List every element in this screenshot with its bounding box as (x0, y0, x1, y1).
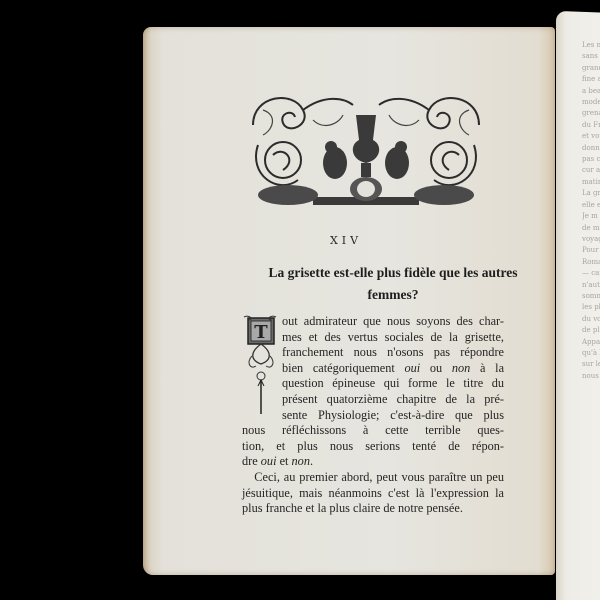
facing-page-line: Roman (582, 257, 600, 268)
paragraph-line: présent quatorzième chapitre de la pré- (242, 392, 504, 408)
facing-page-line: pas cha (582, 154, 600, 165)
paragraph-line: bien catégoriquement oui ou non à la (242, 361, 504, 377)
facing-page-line: les plus (582, 302, 600, 313)
paragraph-line: Ceci, au premier abord, peut vous paraît… (242, 470, 504, 486)
paragraph-line: dre oui et non. (242, 454, 504, 470)
facing-page-line: modern (582, 97, 600, 108)
facing-page-line: n'auter (582, 280, 600, 291)
facing-page-line: grandit n (582, 63, 600, 74)
facing-page-line: matin. (582, 177, 600, 188)
facing-page-line: donnait (582, 143, 600, 154)
paragraph-line: sente Physiologie; c'est-à-dire que plus (242, 408, 504, 424)
svg-text:T: T (254, 322, 268, 343)
paragraph-line: question épineuse qui forme le titre du (242, 376, 504, 392)
facing-page-line: La gr (582, 188, 600, 199)
paragraph-line: jésuitique, mais néanmoins c'est là l'ex… (242, 486, 504, 502)
facing-page-line: a bea (582, 86, 600, 97)
facing-page-line: de mie (582, 223, 600, 234)
facing-page-line: qu'à la (582, 348, 600, 359)
facing-page-line: elle est (582, 200, 600, 211)
ornamental-vignette-illustration (243, 85, 489, 211)
facing-page-text: Les msans chagrandit nfine aba beamodern… (582, 40, 600, 382)
facing-page-line: du voi (582, 314, 600, 325)
facing-page-line: somme g (582, 291, 600, 302)
chapter-number: XIV (0, 234, 600, 247)
chapter-title: La grisette est-elle plus fidèle que les… (252, 262, 534, 306)
facing-page-line: grenadie (582, 108, 600, 119)
paragraph-line: tion, et plus nous serions tenté de répo… (242, 439, 504, 455)
facing-page-line: Appar (582, 337, 600, 348)
facing-page-line: sans cha (582, 51, 600, 62)
paragraph-line: plus franche et la plus claire de notre … (242, 501, 504, 517)
facing-page-line: fine ab (582, 74, 600, 85)
illuminated-dropcap-icon: T (242, 314, 278, 418)
facing-page-line: — car (582, 268, 600, 279)
facing-page-line: Pour (582, 245, 600, 256)
facing-page-line: nous m (582, 371, 600, 382)
facing-page-line: de plus (582, 325, 600, 336)
paragraph-line: out admirateur que nous soyons des char- (242, 314, 504, 330)
facing-page-line: sur les (582, 359, 600, 370)
facing-page-line: Les m (582, 40, 600, 51)
facing-page-line: du Fran (582, 120, 600, 131)
chapter-body: T out admirateur que nous soyons des cha… (242, 314, 504, 517)
paragraph-line: nous réfléchissons à cette terrible ques… (242, 423, 504, 439)
facing-page-line: et vous (582, 131, 600, 142)
facing-page-line: cur aut (582, 165, 600, 176)
paragraph-line: franchement nous n'osons pas répondre (242, 345, 504, 361)
paragraph-line: mes et des vertus sociales de la grisett… (242, 330, 504, 346)
facing-page-line: Je m (582, 211, 600, 222)
